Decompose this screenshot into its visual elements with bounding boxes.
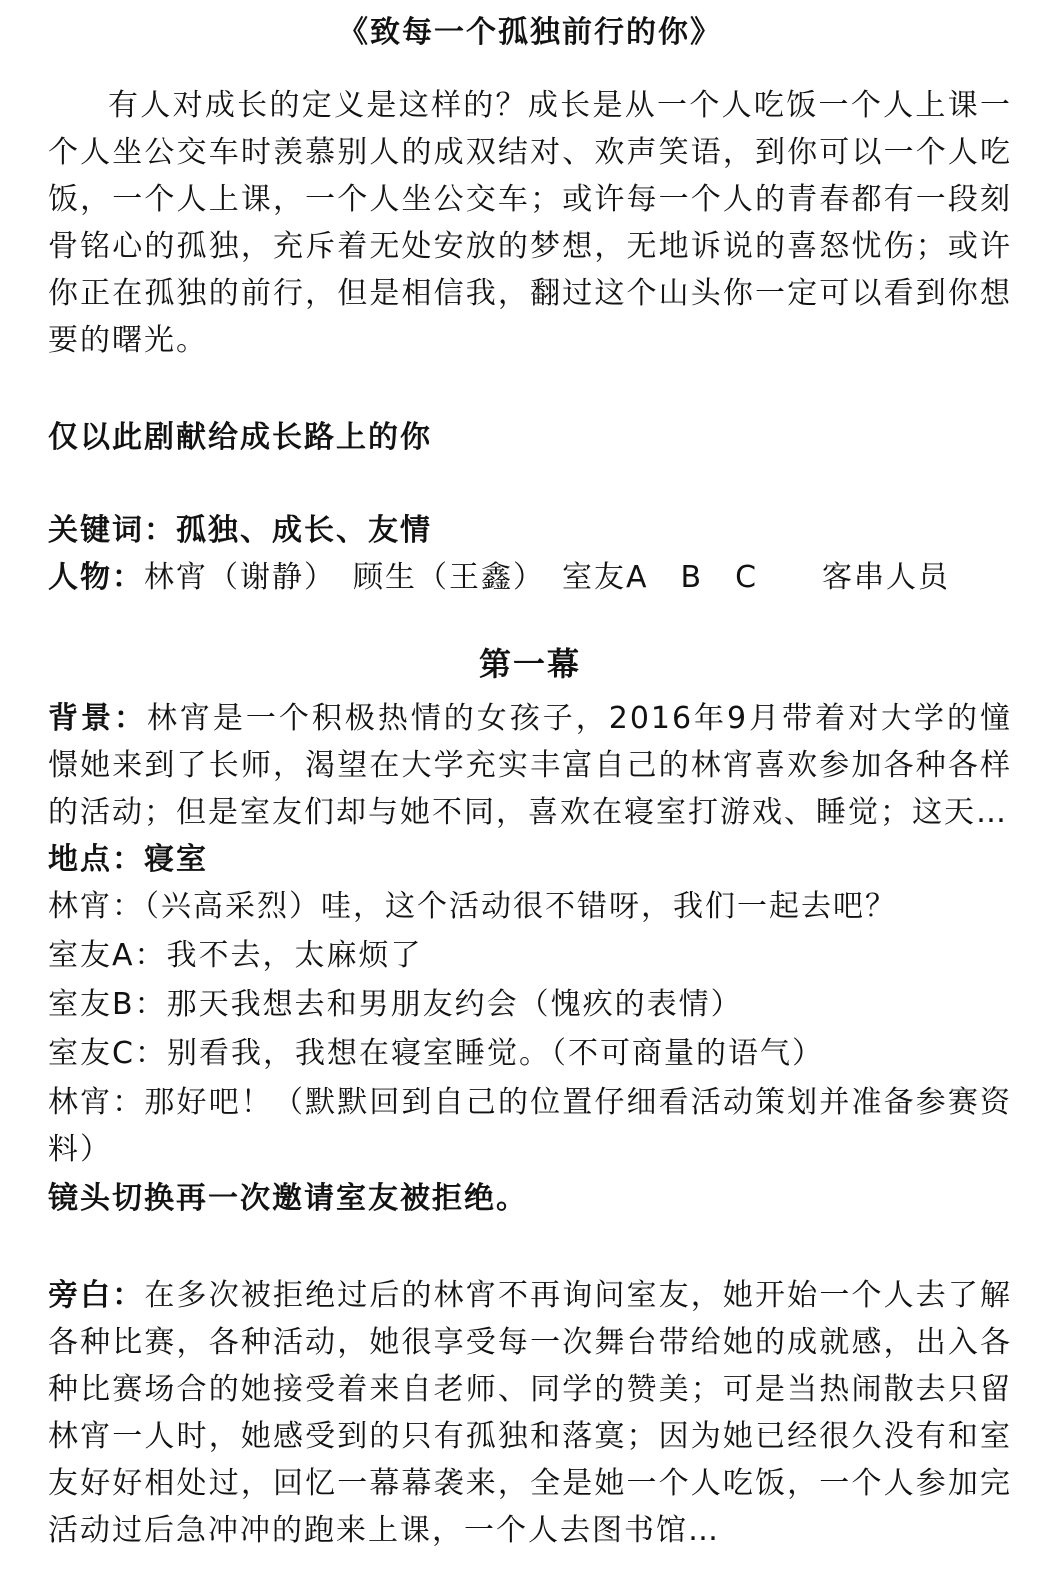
- location-label: 地点：: [48, 842, 144, 877]
- dialogue-line: 室友C：别看我，我想在寝室睡觉。（不可商量的语气）: [48, 1030, 1012, 1077]
- speaker-name: 室友A：: [48, 938, 167, 973]
- dialogue-text: 那天我想去和男朋友约会（愧疚的表情）: [167, 987, 743, 1022]
- dialogue-text: 别看我，我想在寝室睡觉。（不可商量的语气）: [167, 1036, 824, 1071]
- dialogue-line: 林宵：（兴高采烈）哇，这个活动很不错呀，我们一起去吧？: [48, 883, 1012, 930]
- dialogue-line: 室友B：那天我想去和男朋友约会（愧疚的表情）: [48, 981, 1012, 1028]
- speaker-name: 林宵：: [48, 1085, 144, 1120]
- background-paragraph: 背景：林宵是一个积极热情的女孩子，2016年9月带着对大学的憧憬她来到了长师，渴…: [48, 695, 1012, 836]
- background-label: 背景：: [48, 701, 147, 736]
- dialogue-line: 林宵：那好吧！（默默回到自己的位置仔细看活动策划并准备参赛资料）: [48, 1079, 1012, 1173]
- keywords-label: 关键词：: [48, 513, 176, 548]
- speaker-name: 室友C：: [48, 1036, 167, 1071]
- dedication-line: 仅以此剧献给成长路上的你: [48, 414, 1012, 461]
- cast-label: 人物：: [48, 560, 144, 595]
- narration-label: 旁白：: [48, 1278, 144, 1313]
- act-title: 第一幕: [48, 641, 1012, 687]
- dialogue-text: （兴高采烈）哇，这个活动很不错呀，我们一起去吧？: [144, 889, 897, 924]
- location-value: 寝室: [144, 842, 208, 877]
- narration-text: 在多次被拒绝过后的林宵不再询问室友，她开始一个人去了解各种比赛，各种活动，她很享…: [48, 1278, 1012, 1548]
- dialogue-text: 那好吧！（默默回到自己的位置仔细看活动策划并准备参赛资料）: [48, 1085, 1012, 1167]
- dialogue-text: 我不去，太麻烦了: [167, 938, 423, 973]
- keywords-value: 孤独、成长、友情: [176, 513, 432, 548]
- speaker-name: 林宵：: [48, 889, 144, 924]
- intro-paragraph: 有人对成长的定义是这样的？成长是从一个人吃饭一个人上课一个人坐公交车时羡慕别人的…: [48, 82, 1012, 364]
- script-document-page: 《致每一个孤独前行的你》 有人对成长的定义是这样的？成长是从一个人吃饭一个人上课…: [0, 0, 1060, 1588]
- dialogue-line: 室友A：我不去，太麻烦了: [48, 932, 1012, 979]
- keywords-line: 关键词：孤独、成长、友情: [48, 507, 1012, 554]
- cast-line: 人物：林宵（谢静） 顾生（王鑫） 室友A B C 客串人员: [48, 554, 1012, 601]
- background-text: 林宵是一个积极热情的女孩子，2016年9月带着对大学的憧憬她来到了长师，渴望在大…: [48, 701, 1012, 830]
- speaker-name: 室友B：: [48, 987, 167, 1022]
- scene-transition-note: 镜头切换再一次邀请室友被拒绝。: [48, 1175, 1012, 1222]
- document-title: 《致每一个孤独前行的你》: [48, 12, 1012, 54]
- location-line: 地点：寝室: [48, 836, 1012, 883]
- narration-paragraph: 旁白：在多次被拒绝过后的林宵不再询问室友，她开始一个人去了解各种比赛，各种活动，…: [48, 1272, 1012, 1554]
- cast-value: 林宵（谢静） 顾生（王鑫） 室友A B C 客串人员: [144, 560, 950, 595]
